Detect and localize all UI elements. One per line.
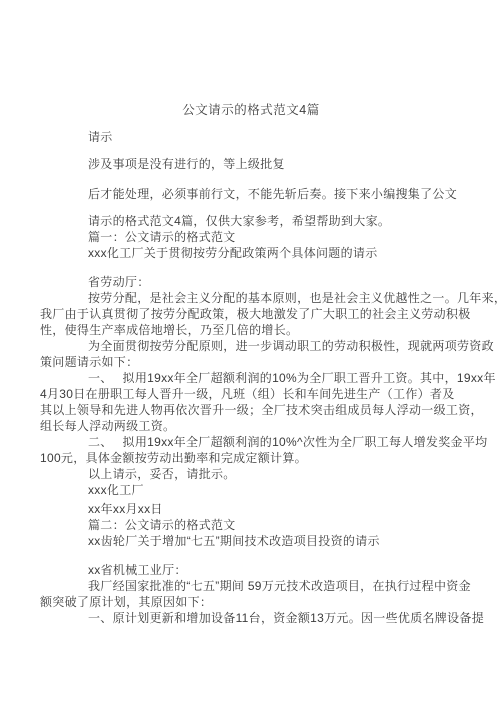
doc-line: xx齿轮厂关于增加“七五”期间技术改造项目投资的请示 xyxy=(40,533,462,549)
doc-line: 100元，具体金额按劳动出勤率和完成定额计算。 xyxy=(40,450,462,466)
doc-line: 为全面贯彻按劳分配原则，进一步调动职工的劳动积极性，现就两项劳资政 xyxy=(40,338,462,354)
doc-line: 一、 拟用19xx年全厂超额利润的10%为全厂职工晋升工资。其中，19xx年 xyxy=(40,370,462,386)
doc-line: 篇二：公文请示的格式范文 xyxy=(40,517,462,533)
doc-line: 额突破了原计划，其原因如下： xyxy=(40,594,462,610)
doc-line: 一、原计划更新和增加设备11台，资金额13万元。因一些优质名牌设备提 xyxy=(40,610,462,626)
doc-line: 以上请示，妥否，请批示。 xyxy=(40,466,462,482)
doc-line: 我厂由于认真贯彻了按劳分配政策，极大地激发了广大职工的社会主义劳动积极 xyxy=(40,306,462,322)
doc-line: xxx化工厂 xyxy=(40,482,462,498)
doc-line: 组长每人浮动两级工资。 xyxy=(40,418,462,434)
doc-line: 按劳分配，是社会主义分配的基本原则，也是社会主义优越性之一。几年来， xyxy=(40,290,462,306)
document-body: 公文请示的格式范文4篇 请示涉及事项是没有进行的，等上级批复后才能处理，必须事前… xyxy=(0,0,500,626)
doc-line: 性，使得生产率成倍地增长，乃至几倍的增长。 xyxy=(40,322,462,338)
doc-line: 策问题请示如下： xyxy=(40,354,462,370)
doc-line: 篇一：公文请示的格式范文 xyxy=(40,229,462,245)
doc-line: 后才能处理，必须事前行文，不能先斩后奏。接下来小编搜集了公文 xyxy=(40,186,462,202)
doc-line: 请示 xyxy=(40,129,462,145)
doc-line: xx省机械工业厅： xyxy=(40,562,462,578)
doc-line: 二、 拟用19xx年全厂超额利润的10%^次性为全厂职工每人增发奖金平均 xyxy=(40,434,462,450)
doc-line: 4月30日在册职工每人晋升一级，凡班（组）长和车间先进生产（工作）者及 xyxy=(40,386,462,402)
document-title: 公文请示的格式范文4篇 xyxy=(40,102,462,118)
doc-line: 其以上领导和先进人物再依次晋升一级；全厂技术突击组成员每人浮动一级工资， xyxy=(40,402,462,418)
doc-line: 涉及事项是没有进行的，等上级批复 xyxy=(40,156,462,172)
doc-line: xxx化工厂关于贯彻按劳分配政策两个具体问题的请示 xyxy=(40,245,462,261)
doc-line: 我厂经国家批准的“七五”期间 59万元技术改造项目，在执行过程中资金 xyxy=(40,578,462,594)
document-paragraphs: 请示涉及事项是没有进行的，等上级批复后才能处理，必须事前行文，不能先斩后奏。接下… xyxy=(40,129,462,626)
document-page: 公文请示的格式范文4篇 请示涉及事项是没有进行的，等上级批复后才能处理，必须事前… xyxy=(0,0,500,709)
doc-line: 请示的格式范文4篇，仅供大家参考，希望帮助到大家。 xyxy=(40,213,462,229)
doc-line: xx年xx月xx日 xyxy=(40,501,462,517)
doc-line: 省劳动厅： xyxy=(40,274,462,290)
